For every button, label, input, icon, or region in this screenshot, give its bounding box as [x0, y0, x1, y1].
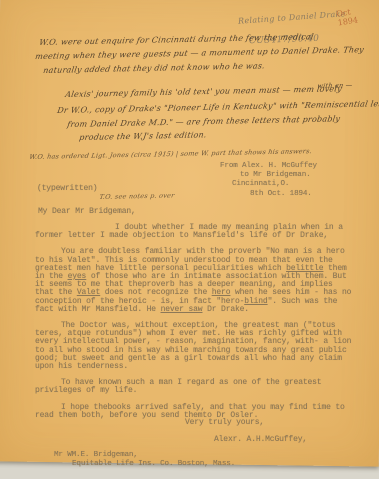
ink-note-small: W.O. has ordered Ligt. Jones (circa 1915…	[29, 147, 313, 161]
salutation: My Dear Mr Bridgeman,	[38, 208, 136, 216]
ink-note-top-line3: naturally added that they did not know w…	[43, 61, 266, 75]
letter-paragraph: The Doctor was, without exception, the g…	[35, 322, 355, 371]
typewritten-label: (typewritten)	[37, 185, 97, 193]
letter-from-block: From Alex. H. McGuffey to Mr Bridgeman. …	[220, 162, 317, 199]
date-line: 8th Oct. 1894.	[250, 190, 317, 199]
addressee-block: Mr WM.E. Bridgeman, Equitable Life Ins. …	[54, 451, 235, 468]
ink-note-top-line2: meeting when they were guests put — a mo…	[35, 45, 365, 61]
signature: Alexr. A.H.McGuffey,	[214, 436, 307, 444]
pencil-date-annotation: Oct 1894	[336, 7, 359, 28]
from-line: From Alex. H. McGuffey	[220, 162, 317, 171]
pencil-title-annotation: Relating to Daniel Drake	[238, 9, 346, 25]
addressee-company: Equitable Life Ins. Co. Boston, Mass.	[72, 460, 235, 469]
pencil-date-year: 1894	[337, 15, 359, 27]
addressee-name: Mr WM.E. Bridgeman,	[54, 451, 235, 460]
letter-paragraph: I doubt whether I made my meaning plain …	[35, 224, 355, 240]
scanned-letter: Relating to Daniel Drake Oct 1894 CUS417…	[0, 0, 379, 479]
letter-paragraph: You are doubtless familiar with the prov…	[35, 248, 355, 314]
closing: Very truly yours,	[185, 419, 264, 427]
letter-paragraph: To have known such a man I regard as one…	[35, 379, 355, 395]
letter-body: I doubt whether I made my meaning plain …	[35, 224, 355, 428]
place-line: Cincinnati,O.	[232, 180, 317, 189]
ink-note-middle: Alexis' journey family his 'old text' yo…	[65, 84, 343, 99]
ink-note-drake-line1: Dr W.O., copy of Drake's "Pioneer Life i…	[57, 99, 379, 115]
ink-note-drake-line2: from Daniel Drake M.D." — are from these…	[67, 114, 341, 129]
ink-note-middle-superscript: with an —	[317, 81, 353, 90]
ink-note-drake-line3: produce the W.J's last edition.	[79, 130, 208, 142]
ink-note-over: T.O. see notes p. over	[99, 191, 175, 201]
